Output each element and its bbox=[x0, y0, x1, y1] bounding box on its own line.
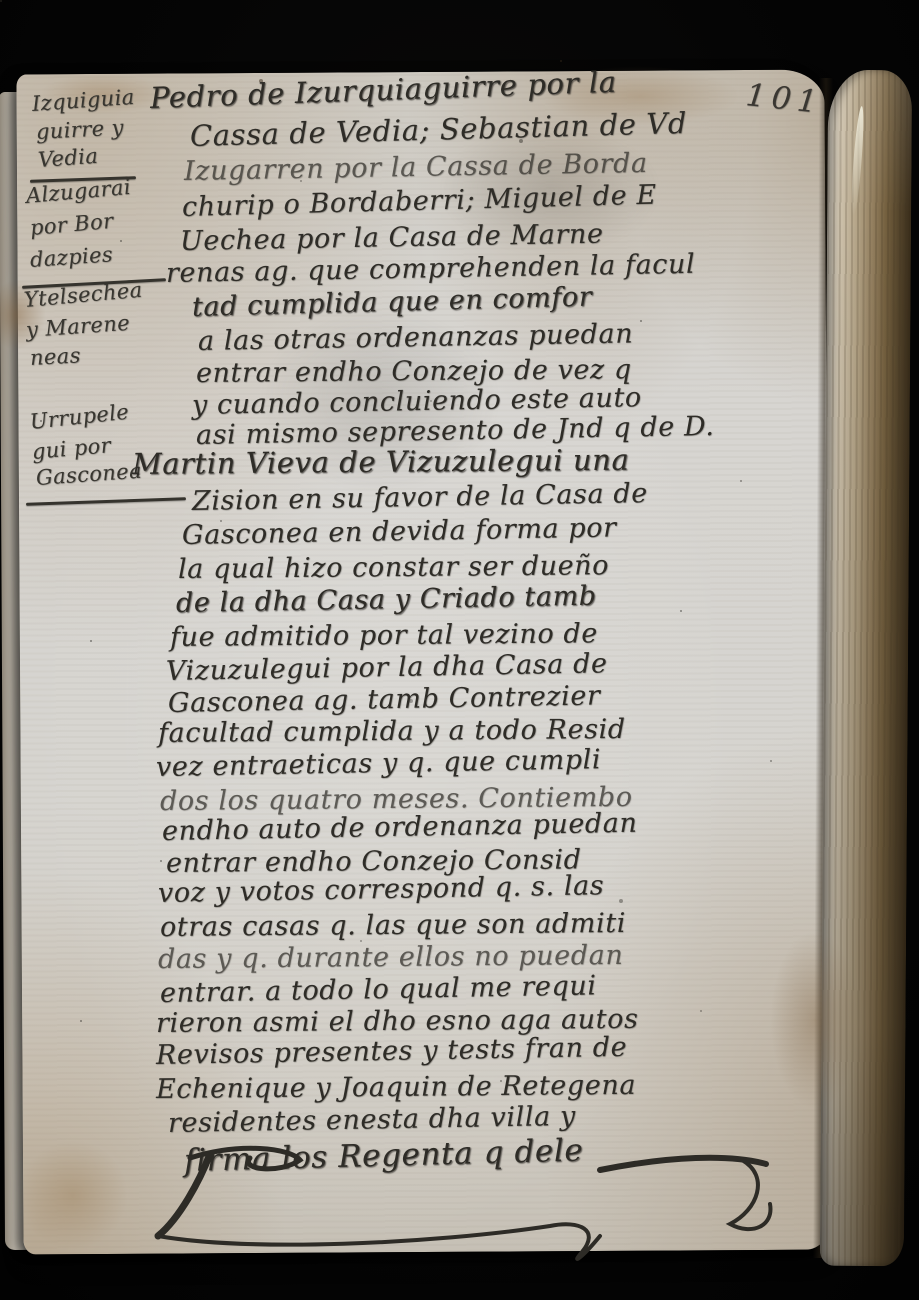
body-line: residentes enesta dha villa y bbox=[168, 1103, 576, 1137]
body-line: Revisos presentes y tests fran de bbox=[156, 1034, 628, 1069]
body-line: la qual hizo constar ser dueño bbox=[178, 552, 609, 583]
body-line: fue admitido por tal vezino de bbox=[170, 620, 598, 651]
body-line: Echenique y Joaquin de Retegena bbox=[156, 1072, 636, 1103]
signature-flourish bbox=[130, 1140, 790, 1270]
body-line: de la dha Casa y Criado tamb bbox=[176, 583, 597, 617]
body-line: Izugarren por la Cassa de Borda bbox=[184, 150, 648, 185]
body-line: vez entraeticas y q. que cumpli bbox=[156, 746, 602, 781]
margin-note-line: neas bbox=[29, 345, 81, 369]
body-line: Uechea por la Casa de Marne bbox=[180, 221, 604, 255]
body-line: Gasconea en devida forma por bbox=[182, 514, 617, 549]
book-fore-edge bbox=[820, 70, 912, 1267]
body-line: Martin Vieva de Vizuzulegui una bbox=[132, 446, 630, 479]
folio-number: 101 bbox=[744, 80, 824, 119]
body-line: das y q. durante ellos no puedan bbox=[158, 942, 624, 973]
body-line: facultad cumplida y a todo Resid bbox=[158, 716, 626, 747]
body-line: Zision en su favor de la Casa de bbox=[192, 480, 648, 515]
body-line: otras casas q. las que son admiti bbox=[160, 910, 626, 941]
body-line: entrar endho Conzejo de vez q bbox=[196, 356, 632, 387]
margin-note-line: dazpies bbox=[29, 244, 113, 271]
body-line: entrar. a todo lo qual me requi bbox=[160, 972, 597, 1007]
body-line: Vizuzulegui por la dha Casa de bbox=[166, 650, 608, 685]
body-line: endho auto de ordenanza puedan bbox=[162, 810, 638, 845]
paper-speckles bbox=[0, 0, 2, 2]
margin-note-line: guirre y bbox=[35, 117, 124, 143]
margin-note-line: Vedia bbox=[37, 146, 99, 171]
body-line: voz y votos correspond q. s. las bbox=[158, 872, 605, 907]
fore-edge-highlight bbox=[849, 106, 865, 216]
body-line: a las otras ordenanzas puedan bbox=[198, 320, 634, 355]
body-line: Gasconea ag. tamb Contrezier bbox=[168, 682, 601, 717]
manuscript-photo: 101 Izquiguia guirre y Vedia Alzugarai p… bbox=[0, 0, 919, 1300]
